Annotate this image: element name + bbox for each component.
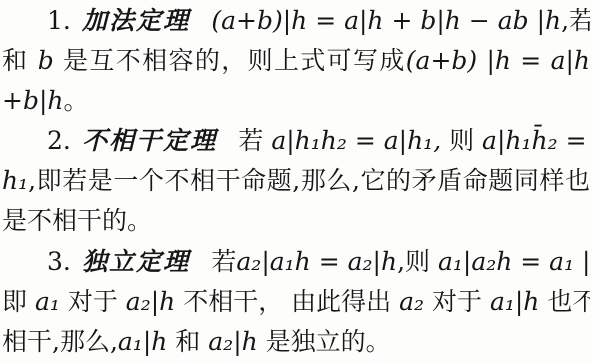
body-text: 是互不相容的，则上式可写成 xyxy=(54,46,406,75)
body-text: 。 xyxy=(63,86,88,115)
body-text: 若 xyxy=(211,247,236,276)
math-formula: a₂|h xyxy=(208,327,257,356)
body-text: 相干,那么, xyxy=(2,327,118,356)
text-line: 即 a₁ 对于 a₂|h 不相干， 由此得出 a₂ 对于 a₁|h 也不 xyxy=(2,282,590,322)
theorem-name: 不相干定理 xyxy=(82,126,217,155)
body-text: 则 xyxy=(441,126,482,155)
body-text: 也不 xyxy=(539,287,590,316)
math-formula: a₁|h xyxy=(118,327,167,356)
body-text: ,若 xyxy=(561,6,590,35)
paragraph-addition-theorem: 1.加法定理(a+b)|h = a|h + b|h − ab |h,若 a 和 … xyxy=(2,1,590,121)
theorem-name: 独立定理 xyxy=(82,247,190,276)
math-formula: a|h₁h̄₂ = a| xyxy=(482,126,590,155)
math-symbol: b xyxy=(38,46,54,75)
body-text: 对于 xyxy=(60,287,126,316)
math-symbol: h₁ xyxy=(2,166,28,195)
theorem-number: 2. xyxy=(47,126,71,155)
math-formula: a|h₁h₂ = a|h₁, xyxy=(271,126,441,155)
math-formula: a₁|h xyxy=(490,287,539,316)
body-text: ,即若是一个不相干命题,那么,它的矛盾命题同样也 xyxy=(28,166,590,195)
text-line: +b|h。 xyxy=(2,81,590,121)
text-line: 和 b 是互不相容的，则上式可写成(a+b) |h = a|h xyxy=(2,41,590,81)
text-line: 是不相干的。 xyxy=(2,201,590,241)
math-formula: (a+b)|h = a|h + b|h − ab |h xyxy=(211,6,561,35)
body-text: 是独立的。 xyxy=(258,327,391,356)
math-formula: +b|h xyxy=(2,86,63,115)
body-text: 是不相干的。 xyxy=(2,206,152,235)
body-text: 若 xyxy=(238,126,271,155)
text-line: 3.独立定理若a₂|a₁h = a₂|h,则 a₁|a₂h = a₁ |h, xyxy=(2,242,590,282)
text-line: 2.不相干定理若 a|h₁h₂ = a|h₁, 则 a|h₁h̄₂ = a| xyxy=(2,121,590,161)
body-text: 即 xyxy=(2,287,35,316)
math-formula: a₁|a₂h = a₁ |h, xyxy=(438,247,590,276)
body-text: ,则 xyxy=(397,247,438,276)
text-line: h₁,即若是一个不相干命题,那么,它的矛盾命题同样也 xyxy=(2,161,590,201)
body-text: 对于 xyxy=(424,287,490,316)
paragraph-independence-theorem: 3.独立定理若a₂|a₁h = a₂|h,则 a₁|a₂h = a₁ |h, 即… xyxy=(2,242,590,362)
theorem-name: 加法定理 xyxy=(82,6,190,35)
body-text: 和 xyxy=(167,327,208,356)
theorem-number: 1. xyxy=(47,6,71,35)
math-symbol: a₂ xyxy=(399,287,424,316)
paragraph-irrelevance-theorem: 2.不相干定理若 a|h₁h₂ = a|h₁, 则 a|h₁h̄₂ = a| h… xyxy=(2,121,590,241)
math-formula: a₂|a₁h = a₂|h xyxy=(236,247,397,276)
body-text: 和 xyxy=(2,46,38,75)
text-line: 相干,那么,a₁|h 和 a₂|h 是独立的。 xyxy=(2,322,590,362)
body-text: 不相干， 由此得出 xyxy=(175,287,399,316)
math-formula: (a+b) |h = a|h xyxy=(406,46,590,75)
math-formula: a₂|h xyxy=(126,287,175,316)
math-symbol: a₁ xyxy=(35,287,60,316)
text-line: 1.加法定理(a+b)|h = a|h + b|h − ab |h,若 a xyxy=(2,1,590,41)
theorem-number: 3. xyxy=(47,247,71,276)
document-page: 1.加法定理(a+b)|h = a|h + b|h − ab |h,若 a 和 … xyxy=(0,0,593,363)
